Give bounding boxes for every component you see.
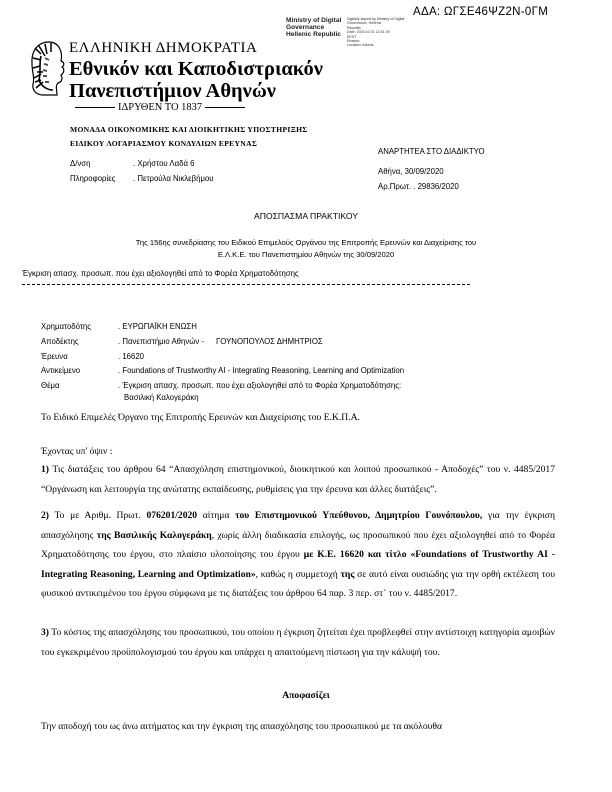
publish-notice: ΑΝΑΡΤΗΤΕΑ ΣΤΟ ΔΙΑΔΙΚΤΥΟ xyxy=(378,147,485,156)
paragraph-number: 1) xyxy=(41,464,49,475)
employee-name: της Βασιλικής Καλογεράκη xyxy=(97,530,212,541)
signature-org-line: Hellenic Republic xyxy=(286,31,341,38)
paragraph-1: 1) Τις διατάξεις του άρθρου 64 “Απασχόλη… xyxy=(41,460,555,499)
university-logo-icon xyxy=(27,38,71,98)
unit-line2: ΕΙΔΙΚΟΥ ΛΟΓΑΡΙΑΣΜΟΥ ΚΟΝΔΥΛΙΩΝ ΕΡΕΥΝΑΣ xyxy=(70,139,257,148)
signature-detail-line: Location: Athens xyxy=(347,43,404,47)
paragraph-number: 3) xyxy=(41,627,49,638)
meta-label-subject: Θέμα xyxy=(41,381,60,390)
university-name-line1: Εθνικόν και Καποδιστριακόν xyxy=(69,58,323,81)
founded-line: ΙΔΡΥΘΕΝ ΤΟ 1837 xyxy=(72,102,248,113)
decision-paragraph: Την αποδοχή του ως άνω αιτήματος και την… xyxy=(41,717,555,737)
state-heading: ΕΛΛΗΝΙΚΗ ΔΗΜΟΚΡΑΤΙΑ xyxy=(69,40,257,57)
meta-value-research: . 16620 xyxy=(118,352,144,361)
meta-value-funder: . ΕΥΡΩΠΑΪΚΗ ΕΝΩΣΗ xyxy=(118,322,197,331)
meta-value-subject: . Έγκριση απασχ. προσωπ. που έχει αξιολο… xyxy=(118,381,401,390)
university-name-line2: Πανεπιστήμιον Αθηνών xyxy=(69,80,276,103)
document-date: Αθήνα, 30/09/2020 xyxy=(378,167,444,176)
signature-details: Digitally signed by Ministry of Digital … xyxy=(347,17,404,48)
meta-label-funder: Χρηματοδότης xyxy=(41,322,91,331)
meta-value-recipient: . Πανεπιστήμιο Αθηνών - xyxy=(118,337,204,346)
meta-value-subject-cont: Βασιλική Καλογεράκη xyxy=(124,393,199,402)
meeting-line2: Ε.Λ.Κ.Ε. του Πανεπιστημίου Αθηνών της 30… xyxy=(0,250,612,259)
paragraph-text: Το με Αριθμ. Πρωτ. xyxy=(54,510,140,521)
info-label: Πληροφορίες xyxy=(70,174,115,183)
paragraph-text: , καθώς η συμμετοχή xyxy=(256,569,338,580)
meta-value-recipient-name: ΓΟΥΝΟΠΟΥΛΟΣ ΔΗΜΗΤΡΙΟΣ xyxy=(216,337,323,346)
signature-org-line: Governance xyxy=(286,24,341,31)
address-value: . Χρήστου Λαδά 6 xyxy=(133,159,195,168)
paragraph-text: Τις διατάξεις του άρθρου 64 “Απασχόληση … xyxy=(41,464,555,495)
meta-label-recipient: Αποδέκτης xyxy=(41,337,79,346)
info-value: . Πετρούλα Νικλεβήμου xyxy=(133,174,214,183)
subject-line: Έγκριση απασχ. προσωπ. που έχει αξιολογη… xyxy=(22,269,299,278)
intro-paragraph: Το Ειδικό Επιμελές Όργανο της Επιτροπής … xyxy=(41,408,555,428)
meeting-line1: Της 156ης συνεδρίασης του Ειδικού Επιμελ… xyxy=(0,238,612,247)
address-label: Δ/νση xyxy=(70,159,90,168)
signature-org: Ministry of Digital Governance Hellenic … xyxy=(286,17,341,39)
protocol-number: Αρ.Πρωτ. . 29836/2020 xyxy=(378,182,459,191)
request-protocol: 076201/2020 xyxy=(146,510,197,521)
paragraph-text: Το κόστος της απασχόλησης του προσωπικού… xyxy=(41,627,555,658)
signature-org-line: Ministry of Digital xyxy=(286,17,341,24)
founded-text: ΙΔΡΥΘΕΝ ΤΟ 1837 xyxy=(118,102,202,113)
meta-label-research: Έρευνα xyxy=(41,352,68,361)
paragraph-number: 2) xyxy=(41,510,49,521)
meta-label-object: Αντικείμενο xyxy=(41,366,80,375)
considering-label: Έχοντας υπ' όψιν : xyxy=(41,442,555,462)
paragraph-3: 3) Το κόστος της απασχόλησης του προσωπι… xyxy=(41,623,555,662)
ada-code: ΑΔΑ: ΩΓΣΕ46ΨΖ2Ν-0ΓΜ xyxy=(413,6,548,18)
divider xyxy=(75,107,115,108)
decision-heading: Αποφασίζει xyxy=(0,690,612,701)
paragraph-text: αίτημα xyxy=(203,510,230,521)
principal-investigator: του Επιστημονικού Υπεύθυνου, Δημητρίου Γ… xyxy=(235,510,482,521)
paragraph-text-bold: της xyxy=(340,569,354,580)
divider xyxy=(205,107,245,108)
meta-value-object: . Foundations of Trustworthy AI - Integr… xyxy=(118,366,404,375)
document-title: ΑΠΟΣΠΑΣΜΑ ΠΡΑΚΤΙΚΟΥ xyxy=(0,211,612,221)
paragraph-2: 2) Το με Αριθμ. Πρωτ. 076201/2020 αίτημα… xyxy=(41,506,555,604)
unit-line1: ΜΟΝΑΔΑ ΟΙΚΟΝΟΜΙΚΗΣ ΚΑΙ ΔΙΟΙΚΗΤΙΚΗΣ ΥΠΟΣΤ… xyxy=(70,125,308,134)
dashed-divider xyxy=(22,284,470,285)
